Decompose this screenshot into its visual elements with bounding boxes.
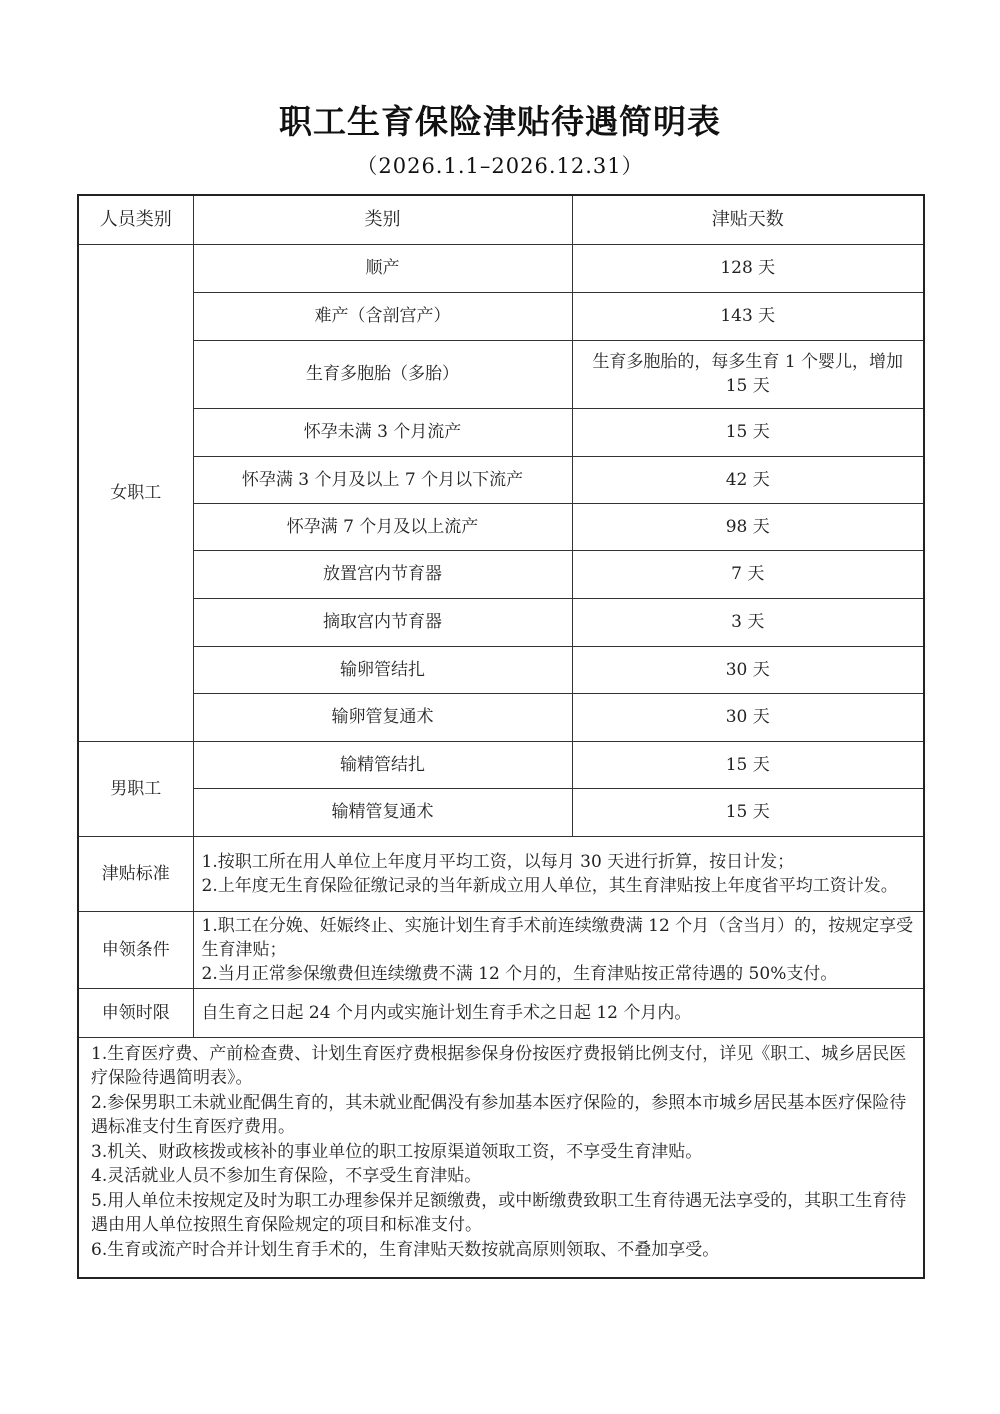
info-content: 1.职工在分娩、妊娠终止、实施计划生育手术前连续缴费满 12 个月（含当月）的，… (193, 911, 924, 988)
table-row: 女职工 顺产 128 天 (78, 244, 924, 292)
notes-list: 1.生育医疗费、产前检查费、计划生育医疗费根据参保身份按医疗费报销比例支付，详见… (83, 1038, 919, 1267)
document-title: 职工生育保险津贴待遇简明表 (0, 96, 1000, 143)
info-line: 2.当月正常参保缴费但连续缴费不满 12 个月的，生育津贴按正常待遇的 50%支… (202, 962, 916, 986)
info-line: 1.职工在分娩、妊娠终止、实施计划生育手术前连续缴费满 12 个月（含当月）的，… (202, 914, 916, 962)
row-days: 128 天 (572, 244, 924, 292)
group-male-employees: 男职工 (78, 741, 193, 836)
table-row: 男职工 输精管结扎 15 天 (78, 741, 924, 788)
note-item: 3.机关、财政核拨或核补的事业单位的职工按原渠道领取工资，不享受生育津贴。 (91, 1140, 911, 1165)
row-type: 生育多胞胎（多胎） (193, 340, 572, 408)
row-type: 怀孕满 3 个月及以上 7 个月以下流产 (193, 456, 572, 503)
row-type: 输卵管结扎 (193, 646, 572, 693)
header-type: 类别 (193, 195, 572, 244)
group-female-employees: 女职工 (78, 244, 193, 741)
table-row: 怀孕满 3 个月及以上 7 个月以下流产 42 天 (78, 456, 924, 503)
table-row: 生育多胞胎（多胎） 生育多胞胎的，每多生育 1 个婴儿，增加 15 天 (78, 340, 924, 408)
table-row: 怀孕满 7 个月及以上流产 98 天 (78, 503, 924, 550)
info-row-allowance-standard: 津贴标准 1.按职工所在用人单位上年度月平均工资，以每月 30 天进行折算，按日… (78, 836, 924, 911)
table-row: 放置宫内节育器 7 天 (78, 550, 924, 598)
row-days: 30 天 (572, 693, 924, 741)
row-type: 难产（含剖宫产） (193, 292, 572, 340)
info-row-application-conditions: 申领条件 1.职工在分娩、妊娠终止、实施计划生育手术前连续缴费满 12 个月（含… (78, 911, 924, 988)
row-days: 15 天 (572, 788, 924, 836)
note-item: 6.生育或流产时合并计划生育手术的，生育津贴天数按就高原则领取、不叠加享受。 (91, 1238, 911, 1263)
row-type: 顺产 (193, 244, 572, 292)
table-row: 怀孕未满 3 个月流产 15 天 (78, 408, 924, 456)
info-label: 申领条件 (78, 911, 193, 988)
info-line: 1.按职工所在用人单位上年度月平均工资，以每月 30 天进行折算，按日计发； (202, 850, 916, 874)
notes-row: 1.生育医疗费、产前检查费、计划生育医疗费根据参保身份按医疗费报销比例支付，详见… (78, 1037, 924, 1278)
row-days: 42 天 (572, 456, 924, 503)
info-label: 申领时限 (78, 988, 193, 1037)
info-label: 津贴标准 (78, 836, 193, 911)
allowance-table: 人员类别 类别 津贴天数 女职工 顺产 128 天 难产（含剖宫产） 143 天… (77, 194, 925, 1279)
row-type: 输精管复通术 (193, 788, 572, 836)
row-days: 15 天 (572, 741, 924, 788)
row-type: 怀孕未满 3 个月流产 (193, 408, 572, 456)
table-row: 输卵管复通术 30 天 (78, 693, 924, 741)
header-personnel-category: 人员类别 (78, 195, 193, 244)
table-header-row: 人员类别 类别 津贴天数 (78, 195, 924, 244)
date-range-subtitle: （2026.1.1–2026.12.31） (0, 150, 1000, 180)
row-days: 3 天 (572, 598, 924, 646)
info-line: 2.上年度无生育保险征缴记录的当年新成立用人单位，其生育津贴按上年度省平均工资计… (202, 874, 916, 898)
row-days: 7 天 (572, 550, 924, 598)
notes-cell: 1.生育医疗费、产前检查费、计划生育医疗费根据参保身份按医疗费报销比例支付，详见… (78, 1037, 924, 1278)
info-line: 自生育之日起 24 个月内或实施计划生育手术之日起 12 个月内。 (202, 1001, 916, 1025)
note-item: 1.生育医疗费、产前检查费、计划生育医疗费根据参保身份按医疗费报销比例支付，详见… (91, 1042, 911, 1091)
info-content: 1.按职工所在用人单位上年度月平均工资，以每月 30 天进行折算，按日计发； 2… (193, 836, 924, 911)
note-item: 2.参保男职工未就业配偶生育的，其未就业配偶没有参加基本医疗保险的，参照本市城乡… (91, 1091, 911, 1140)
row-type: 摘取宫内节育器 (193, 598, 572, 646)
header-allowance-days: 津贴天数 (572, 195, 924, 244)
row-type: 输卵管复通术 (193, 693, 572, 741)
note-item: 4.灵活就业人员不参加生育保险，不享受生育津贴。 (91, 1164, 911, 1189)
row-type: 放置宫内节育器 (193, 550, 572, 598)
table-row: 输精管复通术 15 天 (78, 788, 924, 836)
info-row-application-deadline: 申领时限 自生育之日起 24 个月内或实施计划生育手术之日起 12 个月内。 (78, 988, 924, 1037)
info-content: 自生育之日起 24 个月内或实施计划生育手术之日起 12 个月内。 (193, 988, 924, 1037)
row-days: 143 天 (572, 292, 924, 340)
note-item: 5.用人单位未按规定及时为职工办理参保并足额缴费，或中断缴费致职工生育待遇无法享… (91, 1189, 911, 1238)
table-row: 难产（含剖宫产） 143 天 (78, 292, 924, 340)
row-days: 15 天 (572, 408, 924, 456)
table-row: 摘取宫内节育器 3 天 (78, 598, 924, 646)
row-type: 输精管结扎 (193, 741, 572, 788)
row-type: 怀孕满 7 个月及以上流产 (193, 503, 572, 550)
row-days: 生育多胞胎的，每多生育 1 个婴儿，增加 15 天 (572, 340, 924, 408)
row-days: 30 天 (572, 646, 924, 693)
table-row: 输卵管结扎 30 天 (78, 646, 924, 693)
row-days: 98 天 (572, 503, 924, 550)
